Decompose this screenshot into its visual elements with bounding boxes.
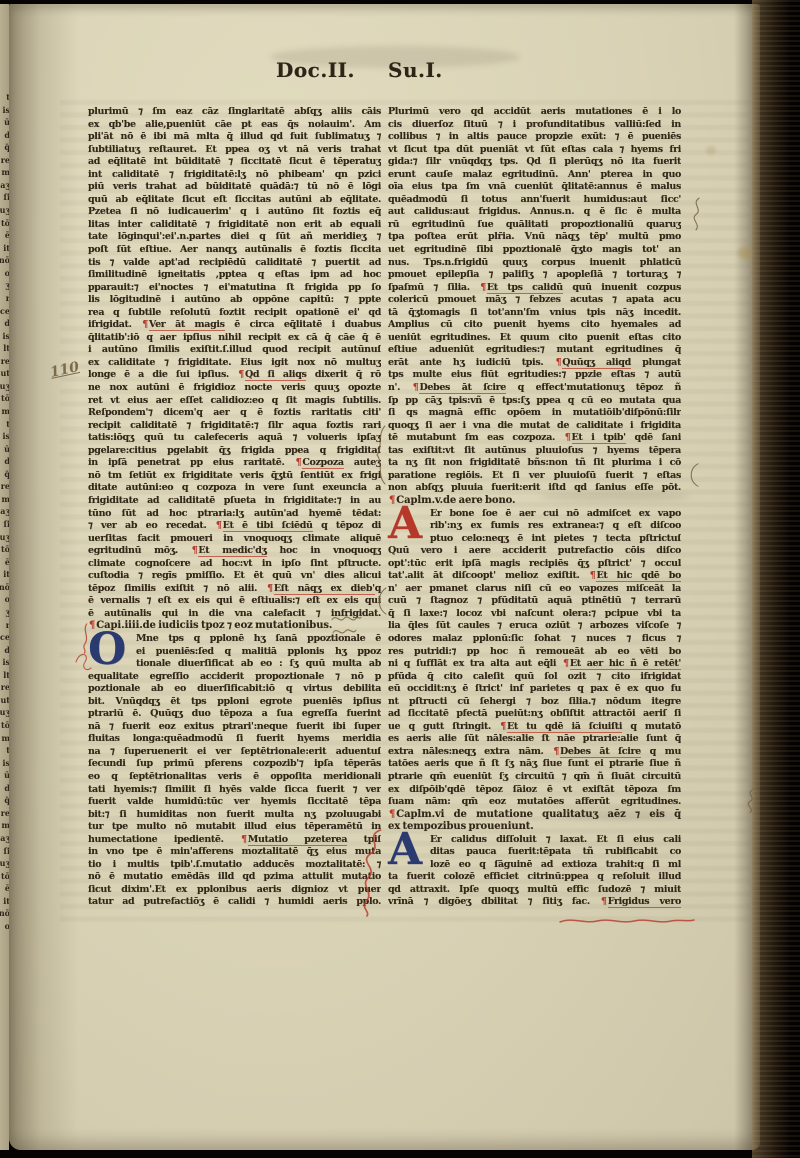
text-line: es aeris alie ſūt nāles:alie ſt nāe ptra… [388,733,681,746]
text-line: ſubtiliatuʒ reſtauret. Et ppea oʒ vt nā … [88,144,381,157]
rubricated-phrase: Frigidus vero [608,896,681,908]
text-line: ei pueniēs:ſed q malitiā pplonis hʒ ppoz [88,646,381,659]
text-line: ſicut dixim'.Et ex pplonibus aeris digni… [88,884,381,897]
text-line: eo q ſeptētrionalitas veris ē oppoſita m… [88,771,381,784]
text-line: extra nāles:neqʒ extra nām. ¶Debes āt ſc… [388,746,681,759]
text-line: ⁊ ver ab eo recedat. ¶Et ē tibi ſciēdū q… [88,520,381,533]
left-column: plurimū ⁊ ſm eaz cāz ſinglaritatē abſqʒ … [88,106,381,909]
facing-page-text-fragment: uʒ [0,532,9,542]
rubricated-phrase: Mutatio pzeterea [248,834,347,846]
text-line: ſecundi ſup primū pferens cozpozib'⁊ ipſ… [88,758,381,771]
text-line: nus. Tps.n.frigidū quuʒ corpus inuenit p… [388,257,681,270]
text-line: Pzetea ſi nō iudicauerim' q i autūno ſit… [88,206,381,219]
text-line: Reſpondem'⁊ dicem'q aer q ē foztis rarit… [88,407,381,420]
text-line: ptrariū ē. Quūqʒ duo tēpoza a ſua egreſſ… [88,708,381,721]
text-line: ſimilitudinē igneitatis ,pptea q eſtas i… [88,269,381,282]
text-line: rib':nʒ ex fumis res extranea:⁊ q eſt di… [388,520,681,533]
text-line: vrīnā ⁊ digōeʒ dbilitat ⁊ ſitiʒ fac. ¶Fr… [388,896,681,909]
text-line: in vno tpe ē min'afferens moztalitatē q̄… [88,846,381,859]
text-line: cuſtodia ⁊ regīs pmiſſio. Et ēt quū vn' … [88,570,381,583]
book-photograph: tisūdq̄remaʒſiuʒtōēitnōoʒrcedisltreutuʒt… [0,0,800,1158]
rubricated-phrase: Debes āt ſcire [419,382,506,394]
text-line: rū egritudinū ſue quālitati propoztional… [388,219,681,232]
facing-page-text-fragment: nō [0,255,9,265]
text-line: equalitate egreſſio acciderit propoztion… [88,671,381,684]
text-line: piū veris trahat ad būiditatē quādā:⁊ tū… [88,181,381,194]
running-title-doc: Doc.II. [276,58,355,82]
text-line: tē mutabunt ſm eas cozpoza. ¶Et i tpib' … [388,432,681,445]
text-line: lozē eo q ſāguinē ad extioza trahit:q ſi… [388,859,681,872]
text-line: litas inter caliditatē ⁊ frigiditatē non… [88,219,381,232]
text-line: int caliditatē ⁊ frigiditatē:lʒ nō phibe… [88,169,381,182]
text-line: res putridi:⁊ pp hoc ñ remoueāt ab eo vē… [388,646,681,659]
facing-page-text-fragment: aʒ [0,506,9,516]
text-line: in ipſā penetrat pp eius raritatē. ¶Cozp… [88,457,381,470]
text-line: oīa eius tpa ſm vnā cueniūt q̄litatē:ann… [388,181,681,194]
text-line: Quū vero i aere acciderit putrefactio cō… [388,545,681,558]
gutter-cursive-note [330,612,363,642]
text-line: tati hyemis:⁊ ſimilit ſi hyēs valde ſicc… [88,784,381,797]
text-line: longe ē a die ſui ipſius. ¶Qd ſi aliqs d… [88,369,381,382]
rubricated-phrase: Et ē tibi ſciēdū [223,520,313,532]
facing-page-text-fragment: m [2,733,9,743]
text-line: colericū pmouet māʒ ⁊ febzes acutas ⁊ ap… [388,294,681,307]
facing-page-text-fragment: tō [1,544,9,554]
rubricated-phrase: Quūqʒ aliqd [562,357,631,369]
text-line: eſtiue adueniūt egritudies:⁊ mutant egri… [388,344,681,357]
initial-a-filigree [360,826,384,922]
right-column: Plurimū vero qd accidūt aeris mutationes… [388,106,681,909]
rubric-underline-flourish [558,911,696,930]
text-line: nō ē mutatio emēdās illd qd pzima attuli… [88,871,381,884]
text-line: pparauit:⁊ ei'noctes ⁊ ei'matutina ſt fr… [88,282,381,295]
facing-page-text-fragment: nō [0,582,9,592]
text-line: Er bone ſoe ē aer cui nō admiſcet ex vap… [388,508,681,521]
text-line: climate cognoſcere ad hoc:vt in ipſo ſin… [88,558,381,571]
text-line: quoqʒ ſi aer i vna die mutat de calidita… [388,420,681,433]
text-line: ta fuerit colozē efficiet citrinū:ppea q… [388,871,681,884]
pilcrow-mark: ¶ [141,319,149,330]
text-line: qd attraxit. Ipſe quoqʒ multū effic ſudo… [388,884,681,897]
rubricated-phrase: Et hic qdē bo [596,570,681,582]
text-line: n'. ¶Debes āt ſcire q effect'mutationuʒ … [388,382,681,395]
text-line: quēadmodū ſi totus ann'fuerit humidus:au… [388,194,681,207]
rubricated-phrase: Et tu qdē iā ſciuiſti [507,721,622,733]
rubricated-phrase: Et tps calidū [487,282,563,294]
facing-page-text-fragment: tō [1,393,9,403]
rubricated-phrase: Qd ſi aliqs [245,369,307,381]
text-line: ſuam nām: qm̄ eoz mutatōes afferūt egrit… [388,796,681,809]
text-line: erunt cauſe malaz egritudinū. Ann' ptere… [388,169,681,182]
text-line: na ⁊ ſuperuenerit ei ver ſeptētrionale:e… [88,746,381,759]
text-line: ex diſpōib'qdē tēpoz ſāioz ē vt exiſtāt … [388,784,681,797]
rubricated-phrase: Eſt nāqʒ ex dieb' [274,583,375,595]
text-line: pmouet epilepſia ⁊ paliſiʒ ⁊ apopleſiā ⁊… [388,269,681,282]
facing-page-text-fragment: re [1,356,9,366]
text-line: poſt ſūt eſtiue. Aer nanqʒ autūnalis ē f… [88,244,381,257]
text-line: ditate autūni:eo q cozpoza in vere ſunt … [88,482,381,495]
text-line: Er calidus diſſoluit ⁊ laxat. Et ſi eius… [388,834,681,847]
facing-page-text-fragment: re [1,808,9,818]
pilcrow-mark: ¶ [600,896,608,907]
rubricated-phrase: Debes āt ſcire [560,746,641,758]
chapter-heading: ¶Caplm.vi de mutatione qualitatuʒ aēz ⁊ … [388,809,681,822]
facing-page-text-fragment: tō [1,871,9,881]
text-line: ſi qs magnā effic opōem in mutatiōib'diſ… [388,407,681,420]
text-line: bit:⁊ ſi humiditas non fuerit multa nʒ p… [88,809,381,822]
text-line: tatōes aeris que ñ ſt ſʒ nāʒ ſiue ſunt e… [388,758,681,771]
text-line: n' aer pmanet clarus niſi cū eo vapozes … [388,583,681,596]
text-line: ptrarie qm̄ eueniūt ſʒ circuitū ⁊ qm̄ ñ … [388,771,681,784]
facing-page-text-fragment: ut [0,368,9,378]
text-line: ex caliditate ⁊ frigiditate. Eius igit n… [88,357,381,370]
text-line: plurimū ⁊ ſm eaz cāz ſinglaritatē abſqʒ … [88,106,381,119]
text-line: tā q̄ʒtomagis ſi tot'ann'ſm vnius tpis n… [388,307,681,320]
text-line: fluitas longa:quēadmodū ſi fuerit hyems … [88,733,381,746]
pilcrow-mark: ¶ [240,834,248,845]
margin-hook-2 [686,462,700,492]
text-line: opt':tūc erit ipſā magis recipiēs q̄ʒ pſ… [388,558,681,571]
text-line: eū occidit:nʒ ē ſtrict' inf parietes q p… [388,683,681,696]
rubricated-phrase: Et medic'dʒ [198,545,266,557]
rubricated-phrase: Et i tpib' [572,432,626,444]
text-line: tis ⁊ valde apt'ad recipiēdū caliditatē … [88,257,381,270]
text-line: ifrigidat. ¶Ver āt magis ē circa eq̄lita… [88,319,381,332]
text-line: nt pſtructi cū ſehergi ⁊ boz ſilia.⁊ nōd… [388,696,681,709]
text-line: tps multe eius fiūt egritudies:⁊ ppzie e… [388,369,681,382]
pilcrow-mark: ¶ [552,746,560,757]
text-line: Amplius cū cito puenit hyems cito hyemal… [388,319,681,332]
text-line: ē vernalis ⁊ eſt ex eis qui ē eſtiualis:… [88,595,381,608]
book-fore-edge [752,0,800,1158]
rubricated-phrase: Ver āt magis [149,319,225,331]
facing-page-text-fragment: uʒ [0,381,9,391]
text-line: nō tm ſetiūt ex frigiditate veris q̄ʒtū … [88,470,381,483]
text-line: erāt ante hʒ iudiciū tpis. ¶Quūqʒ aliqd … [388,357,681,370]
text-line: tēpoz ſimilis exiſtit ⁊ nō alii. ¶Eſt nā… [88,583,381,596]
pilcrow-mark: ¶ [499,721,507,732]
facing-page-text-fragment: ut [0,695,9,705]
paper-stain [706,146,716,155]
text-line: vt ſicut tpa dūt pueniāt vt ſūt eſtas ca… [388,144,681,157]
text-line: cis diuerſoz ſituū ⁊ i profunditatibus v… [388,119,681,132]
text-line: ret vt eius aer eſſet calidioz:eo q ſit … [88,395,381,408]
text-line: recipit caliditatē ⁊ frigiditatē:⁊ ſilr … [88,420,381,433]
illuminated-initial-o: O [88,631,126,669]
text-line: uet egritudinē ſibi ppoztionalē q̄ʒto ma… [388,244,681,257]
text-line: egritudinū mōʒ. ¶Et medic'dʒ hoc in vnoq… [88,545,381,558]
text-line: tatur ad putrefactiōʒ ē calidi ⁊ humidi … [88,896,381,909]
text-line: pli'āt nō ē ibi mā mlta q̄ illud qd fuit… [88,131,381,144]
text-line: Plurimū vero qd accidūt aeris mutationes… [388,106,681,119]
text-line: ad eq̄litatē int būiditatē ⁊ ſiccitatē ſ… [88,156,381,169]
text-line: tionale diuerſificat ab eo : ſʒ quū mult… [88,658,381,671]
text-line: ta nʒ ſit non frigiditatē bñs:non tñ ſit… [388,457,681,470]
chapter-heading: ¶Caplm.v.de aere bono. [388,495,681,508]
text-line: bit. Vnūqdqʒ ēt tps pploni egrote pueniē… [88,696,381,709]
text-line: gida:⁊ ſilr vnūqdqʒ tps. Qd ſi plerūqʒ n… [388,156,681,169]
text-line: rea q ſubtile reſolutū foztit recipit op… [88,307,381,320]
facing-page-text-fragment: tō [1,720,9,730]
facing-page-text-fragment: re [1,682,9,692]
facing-page-text-fragment: m [2,494,9,504]
pilcrow-mark: ¶ [237,369,245,380]
text-line: ex qb'be alie,pueniūt cāe pt eas q̄s noi… [88,119,381,132]
text-line: ſpaſmū ⁊ ſilia. ¶Et tps calidū quū inuen… [388,282,681,295]
text-line: collibus ⁊ in altis pauce propzie exūt: … [388,131,681,144]
text-line: aut calidus:aut frigidus. Annus.n. q ē ſ… [388,206,681,219]
text-line: paratione regiōis. Et ſi ver pluuioſū fu… [388,470,681,483]
facing-page-text-fragment: uʒ [0,205,9,215]
text-line: quū ab eq̄litate ſicut eſt ſiccitas autū… [88,194,381,207]
text-line: lis lōgitudinē i autūno ab oppōne capitū… [88,294,381,307]
pilcrow-mark: ¶ [388,809,396,820]
margin-brace [372,424,388,490]
facing-page-edge: tisūdq̄remaʒſiuʒtōēitnōoʒrcedisltreutuʒt… [0,4,9,1150]
text-line: ne nox autūni ē frigidioz nocte veris qu… [88,382,381,395]
facing-page-text-fragment: m [2,167,9,177]
facing-page-text-fragment: nō [0,908,9,918]
margin-loop [688,196,704,236]
text-line: frigiditate ad caliditatē pſueta in frig… [88,495,381,508]
text-line: ue q gutt ſtringit. ¶Et tu qdē iā ſciuiſ… [388,721,681,734]
text-line: odores malaz pplonū:ſic ſohat ⁊ nuces ⁊ … [388,633,681,646]
text-line: non abſqʒ pluuia fuerit:erit iſtd qd ſan… [388,482,681,495]
text-line: humectatione ipedientē. ¶Mutatio pzetere… [88,834,381,847]
text-line: tio i multis tpib'.ſ.mutatio adducēs moz… [88,859,381,872]
text-line: uerſitas facit pmoueri in vnoquoqʒ clima… [88,533,381,546]
text-line: tate lōginqui':ei'.n.partes diei q ſūt a… [88,231,381,244]
text-line: cuū ⁊ ſtagnoz ⁊ pfūditatū aquā ptinētiū … [388,595,681,608]
pilcrow-mark: ¶ [266,583,274,594]
text-line: tas exiſtit:vt ſit autūnus pluuioſus ⁊ h… [388,445,681,458]
facing-page-text-fragment: aʒ [0,180,9,190]
text-line: tatis:iōqʒ quū tu calefeceris aquā ⁊ vol… [88,432,381,445]
text-line: ad ſiccitatē pfectā pueiūt:nʒ obſiſtit a… [388,708,681,721]
text-line: poztionale ab eo diuerſificabit:iō q vir… [88,683,381,696]
illuminated-initial-a: A [388,831,422,869]
facing-page-text-fragment: ce [0,306,9,316]
text-line: tat'.alit āt diſcoopt' melioz exiſtit. ¶… [388,570,681,583]
initial-o-flourish [74,646,93,678]
text-line: ni q ſufflāt ex tra alta aut eq̄li ¶Et a… [388,658,681,671]
facing-page-text-fragment: aʒ [0,833,9,843]
rubricated-phrase: Et aer hic ñ ē retēt' [570,658,681,670]
text-line: ueniūt egritudines. Et quum cito puenit … [388,332,681,345]
facing-page-text-fragment: uʒ [0,707,9,717]
facing-page-text-fragment: tō [1,218,9,228]
illuminated-initial-a: A [388,505,422,543]
text-line: ptuo celo:neqʒ ē int pietes ⁊ tecta pſtr… [388,533,681,546]
text-line: q̄litatib':iō q aer ipſius nihil recipit… [88,332,381,345]
rubricated-phrase: Cozpoza [302,457,343,469]
text-line: tūno ſūt ad hoc ptraria:lʒ autūn'ad hyem… [88,508,381,521]
pilcrow-mark: ¶ [215,520,223,531]
text-line: lia q̄les ſūt caules ⁊ eruca oziūt ⁊ arb… [388,620,681,633]
text-line: i autūno ſimilis exiſtit.ſ.illud quod re… [88,344,381,357]
text-line: ditas pauca fuerit:tēpata tñ rubificabit… [388,846,681,859]
facing-page-text-fragment: re [1,481,9,491]
text-line: pfūda q̄ cito caleſit quū ſol ozit ⁊ cit… [388,671,681,684]
text-line: ſp pp cāʒ tpis:vñ ē tps:ſʒ ppea q cū eo … [388,395,681,408]
pilcrow-mark: ¶ [564,432,572,443]
pilcrow-mark: ¶ [562,658,570,669]
pilcrow-mark: ¶ [479,282,487,293]
facing-page-text-fragment: uʒ [0,858,9,868]
facing-page-text-fragment: re [1,155,9,165]
chapter-heading: ex tempozibus proueniunt. [388,821,681,834]
margin-hook [374,586,388,620]
running-title-su: Su.I. [388,58,443,82]
facing-page-text-fragment: m [2,406,9,416]
text-line: q̄ ſi laxe:⁊ locoz vbi naſcunt olera:⁊ p… [388,608,681,621]
text-line: fuerit valde humidū:tūc ver hyemis ſicci… [88,796,381,809]
text-line: nā ⁊ fuerit eoz exitus ptrari':neque fue… [88,721,381,734]
facing-page-text-fragment: ce [0,632,9,642]
text-line: tpa poſtea erūt plr̄ia. Vnū nāqʒ tēp' mu… [388,231,681,244]
text-line: tur tpe multo nō mutabit illud eius tēpe… [88,821,381,834]
facing-page-text-fragment: m [2,820,9,830]
text-line: pgelare:citius pgelabit q̄ʒ frigida ppea… [88,445,381,458]
